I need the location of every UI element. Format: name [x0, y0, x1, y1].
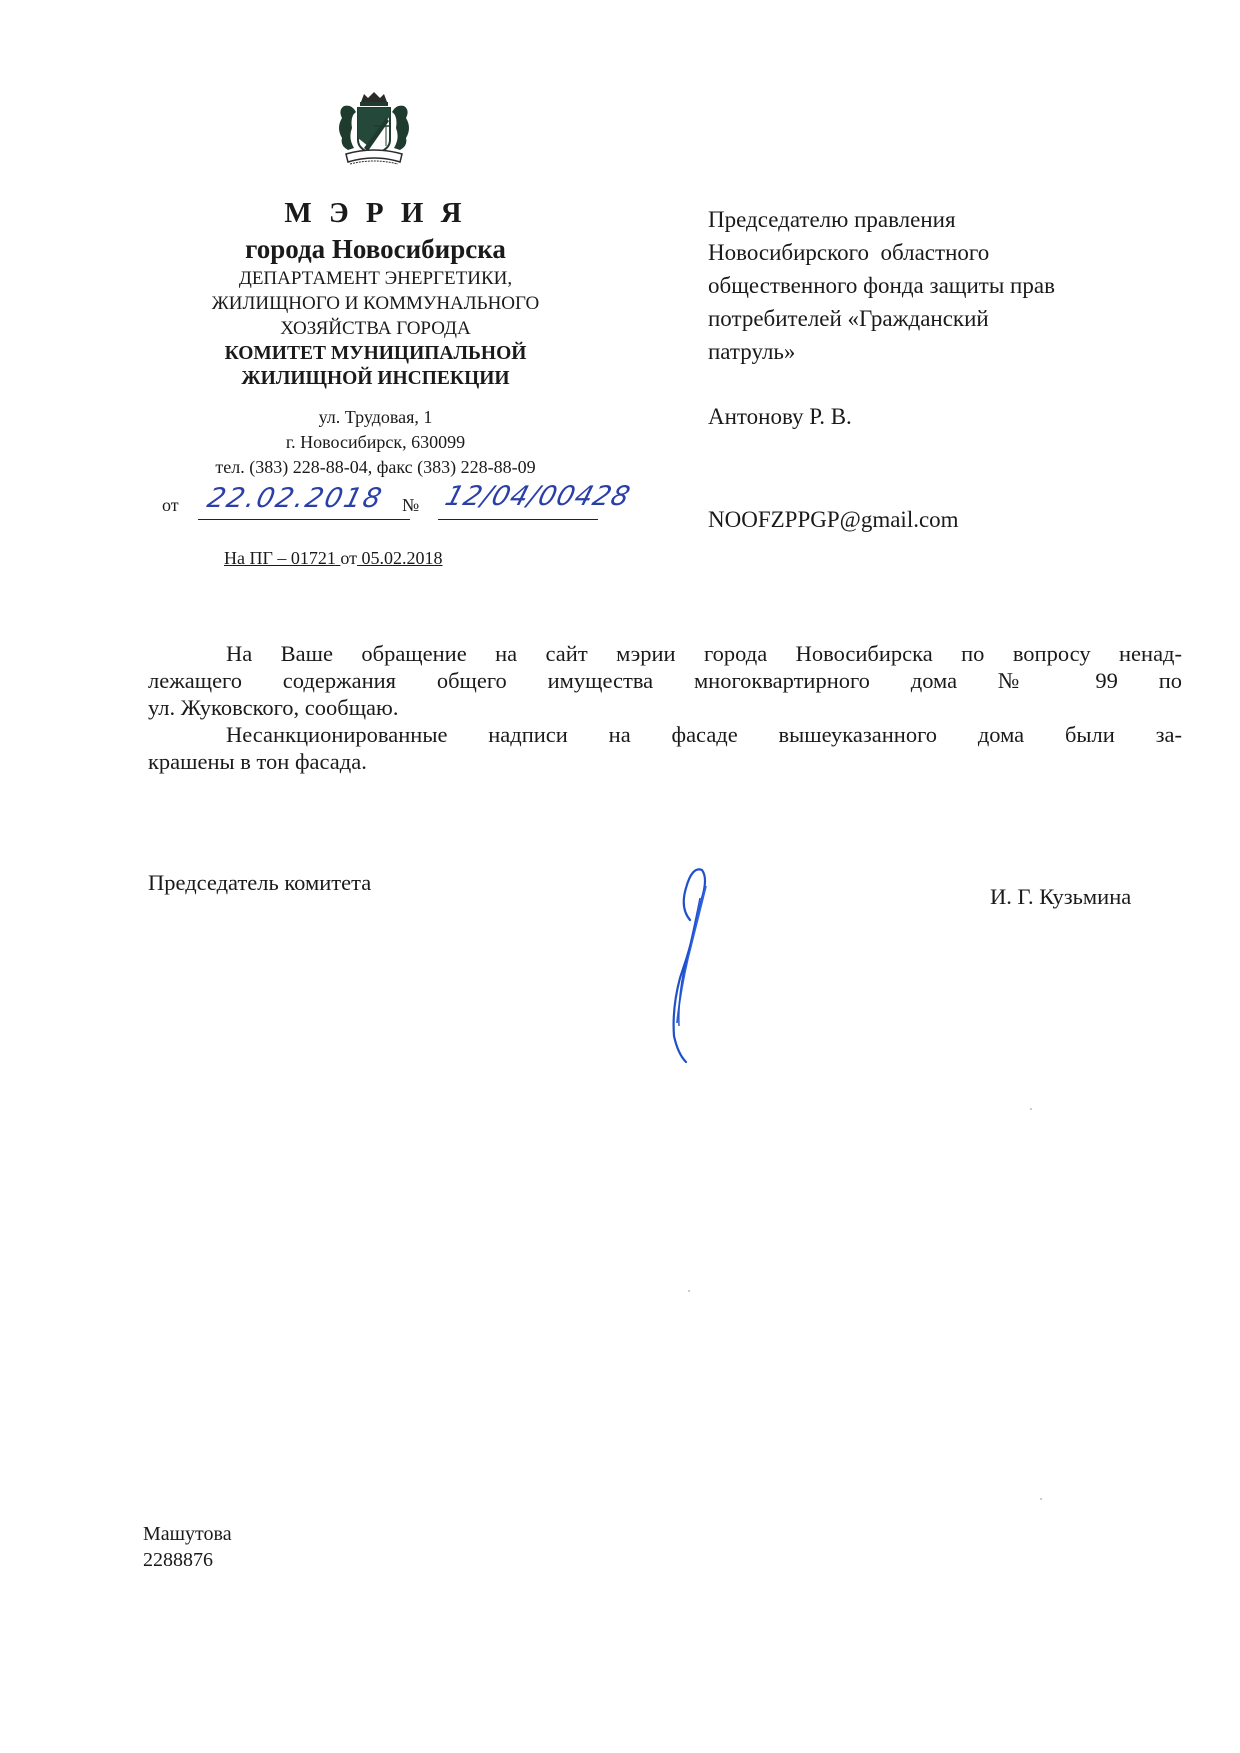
- department-line: ХОЗЯЙСТВА ГОРОДА: [148, 319, 603, 338]
- body-line: ул. Жуковского, сообщаю.: [148, 694, 1182, 721]
- department-line: ДЕПАРТАМЕНТ ЭНЕРГЕТИКИ,: [148, 269, 603, 288]
- recipient-line: общественного фонда защиты прав: [708, 274, 1055, 297]
- department-line: ЖИЛИЩНОГО И КОММУНАЛЬНОГО: [148, 294, 603, 313]
- recipient-name: Антонову Р. В.: [708, 405, 852, 428]
- registration-row: от 22.02.2018 № 12/04/00428: [162, 483, 632, 523]
- address-street: ул. Трудовая, 1: [148, 408, 603, 426]
- executor-name: Машутова: [143, 1523, 232, 1546]
- body-line: крашены в тон фасада.: [148, 748, 1182, 775]
- executor-phone: 2288876: [143, 1549, 213, 1572]
- body-line: Несанкционированные надписи на фасаде вы…: [148, 721, 1182, 748]
- coat-of-arms-icon: [328, 88, 420, 172]
- address-city: г. Новосибирск, 630099: [148, 433, 603, 451]
- date-underline: [198, 519, 410, 520]
- number-underline: [438, 519, 598, 520]
- handwritten-signature-icon: [650, 858, 740, 1068]
- registration-date: 22.02.2018: [204, 483, 386, 514]
- organization-city: города Новосибирска: [148, 236, 603, 263]
- scan-speck: [688, 1290, 690, 1292]
- recipient-line: Председателю правления: [708, 208, 956, 231]
- scan-speck: [1040, 1498, 1042, 1500]
- reference-date: 05.02.2018: [362, 548, 443, 568]
- registration-number-label: №: [402, 495, 419, 516]
- organization-title: М Э Р И Я: [148, 199, 603, 228]
- letter-body: На Ваше обращение на сайт мэрии города Н…: [148, 640, 1182, 775]
- address-phone-fax: тел. (383) 228-88-04, факс (383) 228-88-…: [148, 458, 603, 476]
- registration-number: 12/04/00428: [442, 481, 635, 512]
- body-line: На Ваше обращение на сайт мэрии города Н…: [148, 640, 1182, 667]
- recipient-email: NOOFZPPGP@gmail.com: [708, 508, 959, 531]
- reference-row: На ПГ – 01721 от 05.02.2018: [224, 548, 443, 569]
- reference-number: На ПГ – 01721: [224, 548, 336, 568]
- recipient-line: потребителей «Гражданский: [708, 307, 989, 330]
- reference-from-label: от: [340, 548, 357, 568]
- body-line: лежащего содержания общего имущества мно…: [148, 667, 1182, 694]
- recipient-line: патруль»: [708, 340, 795, 363]
- committee-line: ЖИЛИЩНОЙ ИНСПЕКЦИИ: [148, 369, 603, 389]
- signatory-name: И. Г. Кузьмина: [990, 884, 1131, 910]
- recipient-line: Новосибирского областного: [708, 241, 989, 264]
- signatory-position: Председатель комитета: [148, 870, 371, 896]
- registration-from-label: от: [162, 495, 179, 516]
- scan-speck: [1030, 1108, 1032, 1110]
- committee-line: КОМИТЕТ МУНИЦИПАЛЬНОЙ: [148, 344, 603, 364]
